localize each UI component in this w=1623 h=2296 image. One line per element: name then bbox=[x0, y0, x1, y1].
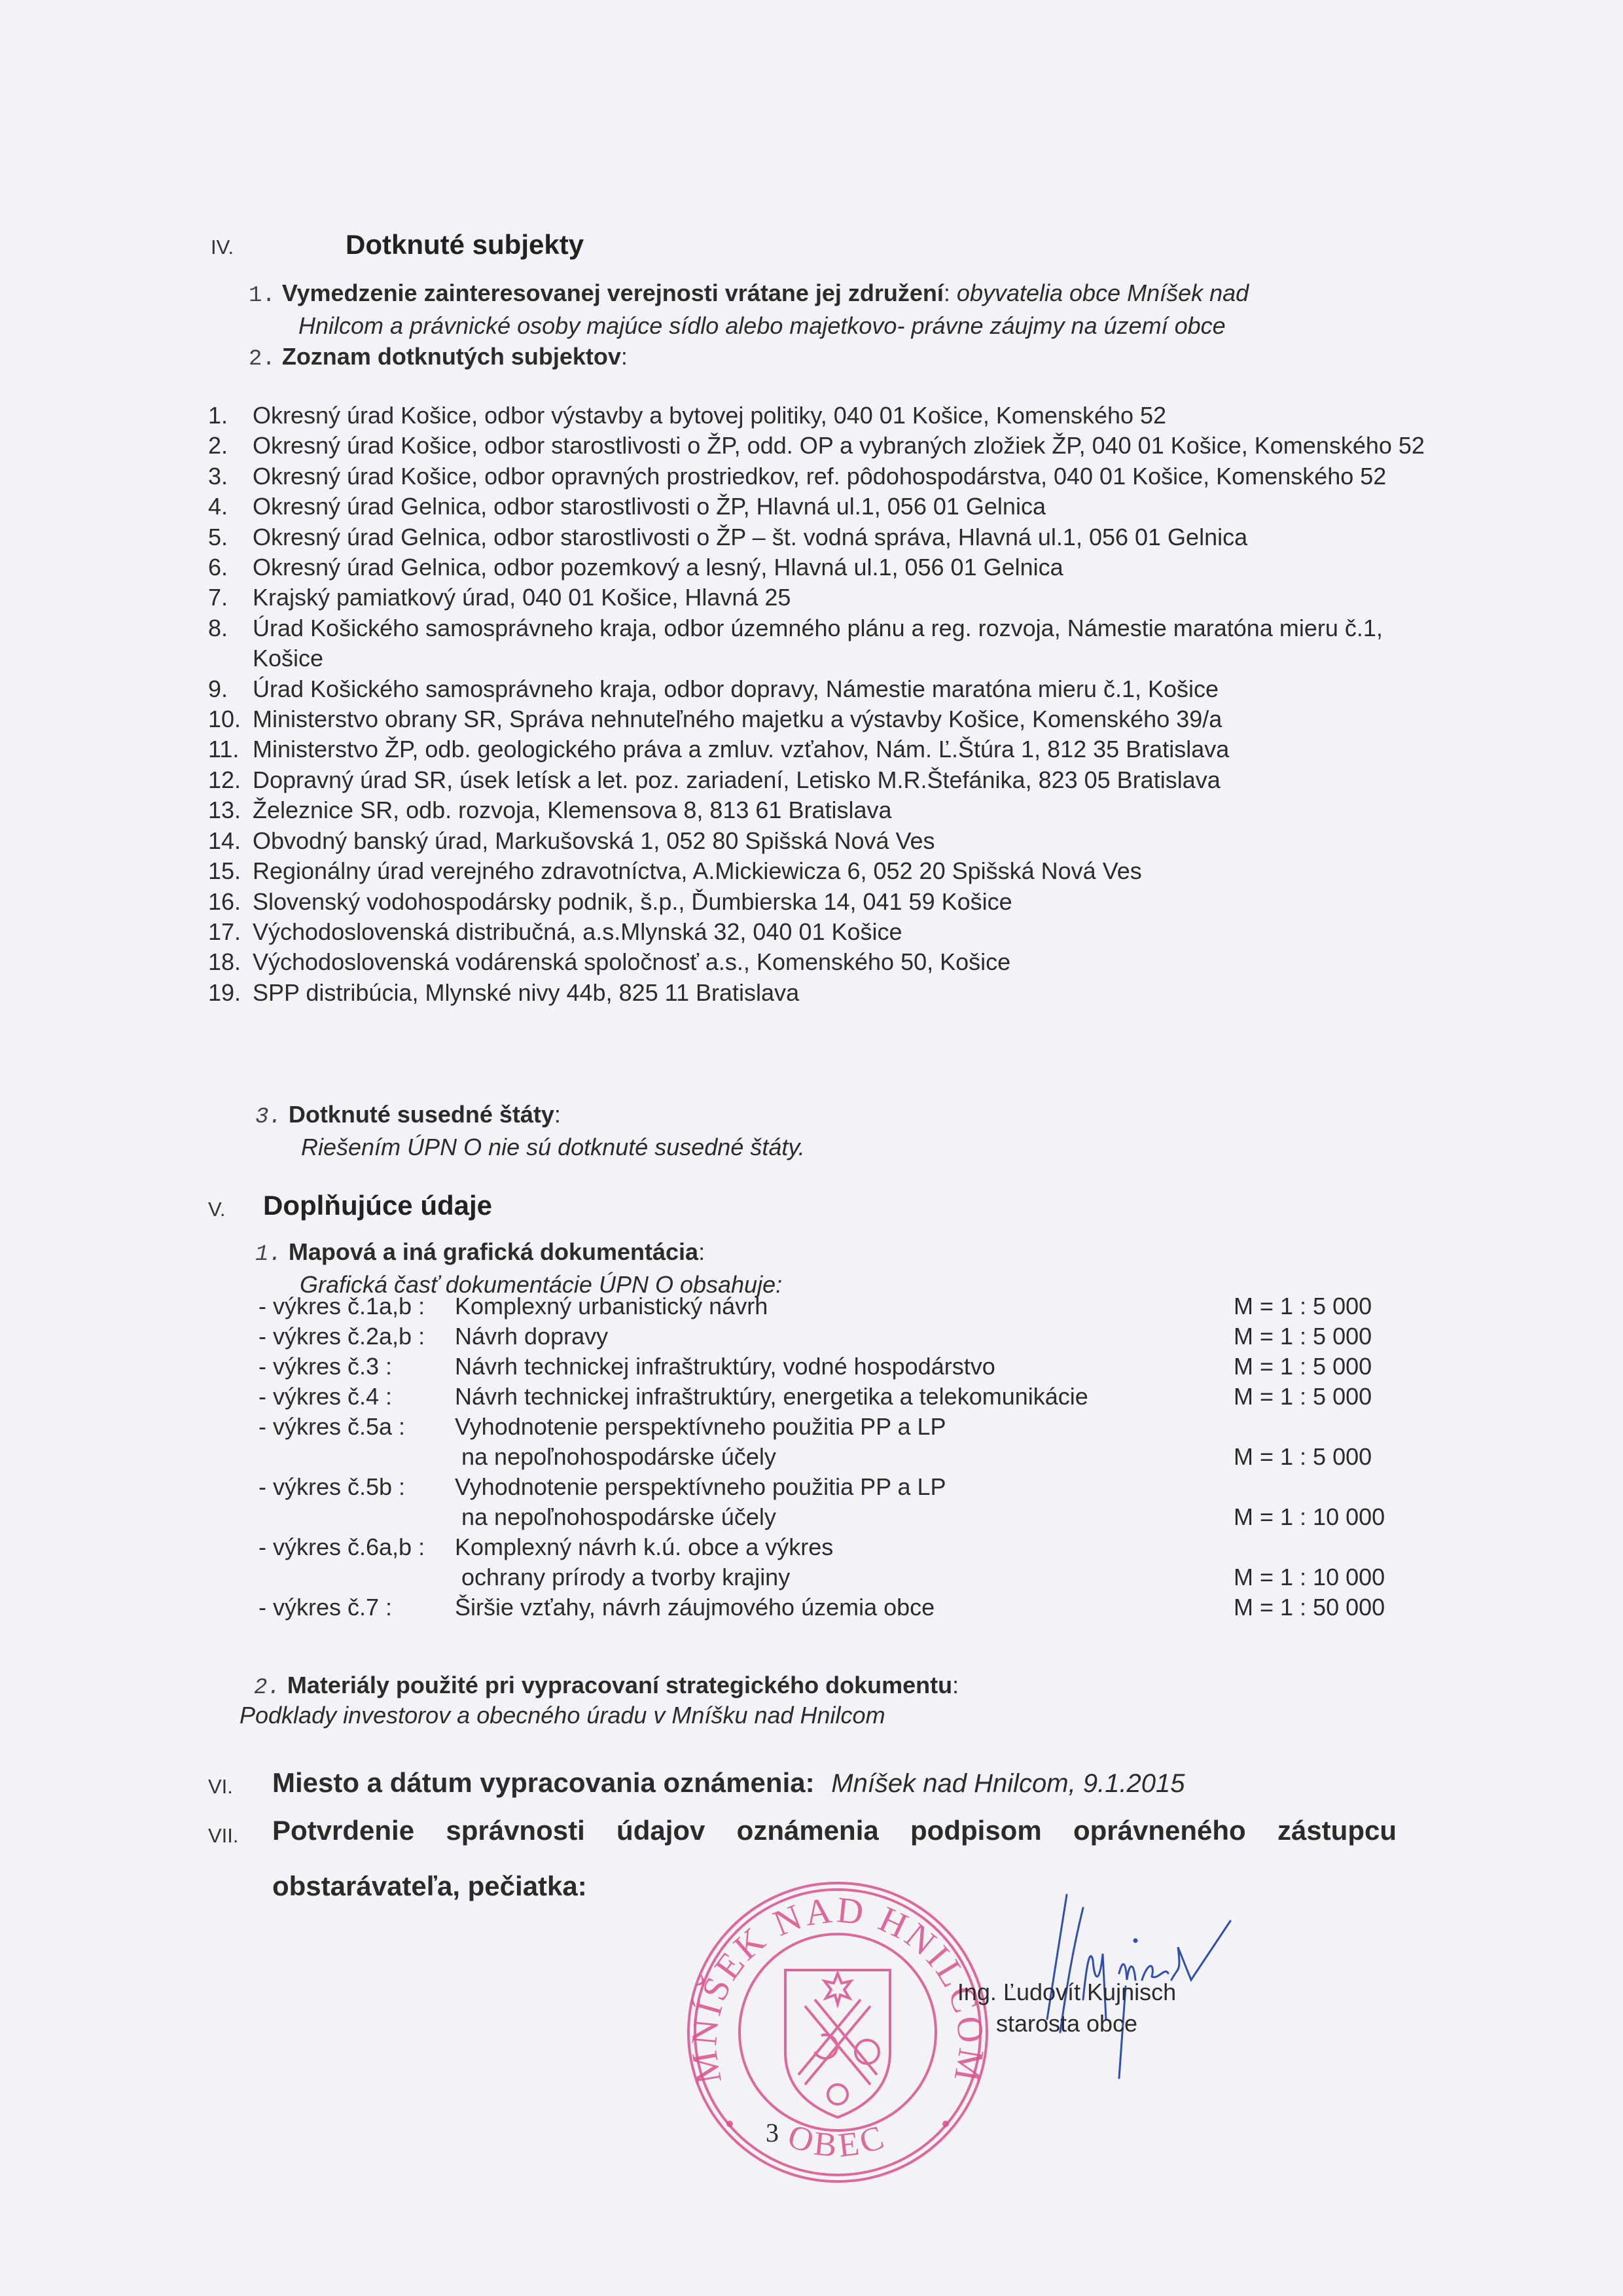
drawing-description-line: na nepoľnohospodárske účely bbox=[461, 1502, 1234, 1532]
drawing-description-line: na nepoľnohospodárske účely bbox=[461, 1442, 1234, 1472]
item-text: obyvatelia obce Mníšek nad bbox=[957, 279, 1249, 306]
subject-list-item: 18.Východoslovenská vodárenská spoločnos… bbox=[208, 947, 1438, 977]
drawing-label: - výkres č.5a : bbox=[259, 1412, 455, 1472]
subject-text: Okresný úrad Košice, odbor starostlivost… bbox=[253, 431, 1438, 461]
item-label: Zoznam dotknutých subjektov bbox=[282, 343, 621, 370]
subject-list-item: 17.Východoslovenská distribučná, a.s.Mly… bbox=[208, 917, 1438, 947]
drawing-description-line: Vyhodnotenie perspektívneho použitia PP … bbox=[455, 1472, 1234, 1502]
section-v-item-1: 1. Mapová a iná grafická dokumentácia: G… bbox=[255, 1237, 782, 1300]
subject-list-item: 9.Úrad Košického samosprávneho kraja, od… bbox=[208, 674, 1438, 704]
subject-text: Dopravný úrad SR, úsek letísk a let. poz… bbox=[253, 765, 1438, 795]
drawing-list-item: - výkres č.3 :Návrh technickej infraštru… bbox=[259, 1352, 1410, 1382]
subject-number: 17. bbox=[208, 917, 253, 947]
subject-list-item: 4.Okresný úrad Gelnica, odbor starostliv… bbox=[208, 492, 1438, 522]
item-text: Riešením ÚPN O nie sú dotknuté susedné š… bbox=[301, 1134, 805, 1160]
drawing-description: Návrh technickej infraštruktúry, energet… bbox=[455, 1382, 1234, 1412]
drawing-description-line: Návrh dopravy bbox=[455, 1321, 1234, 1352]
drawing-label: - výkres č.2a,b : bbox=[259, 1321, 455, 1352]
subject-text: Okresný úrad Gelnica, odbor pozemkový a … bbox=[253, 552, 1438, 583]
section-vii-label-line1: Potvrdenie správnosti údajov oznámenia p… bbox=[272, 1815, 1397, 1846]
subject-number: 14. bbox=[208, 826, 253, 856]
drawing-description-line: Návrh technickej infraštruktúry, energet… bbox=[455, 1382, 1234, 1412]
drawing-label: - výkres č.1a,b : bbox=[259, 1291, 455, 1321]
subject-text: Okresný úrad Košice, odbor opravných pro… bbox=[253, 461, 1438, 492]
drawing-scale: M = 1 : 5 000 bbox=[1234, 1352, 1410, 1382]
subject-list-item: 8.Úrad Košického samosprávneho kraja, od… bbox=[208, 613, 1438, 674]
svg-text:OBEC: OBEC bbox=[783, 2117, 892, 2164]
section-iv-number: IV. bbox=[211, 236, 234, 259]
item-number: 2. bbox=[249, 347, 276, 372]
subject-text: Ministerstvo ŽP, odb. geologického práva… bbox=[253, 734, 1438, 764]
subject-number: 4. bbox=[208, 492, 253, 522]
subject-list-item: 10.Ministerstvo obrany SR, Správa nehnut… bbox=[208, 704, 1438, 734]
drawing-label: - výkres č.4 : bbox=[259, 1382, 455, 1412]
drawing-list-item: - výkres č.7 :Širšie vzťahy, návrh záujm… bbox=[259, 1592, 1410, 1623]
subject-text: Krajský pamiatkový úrad, 040 01 Košice, … bbox=[253, 583, 1438, 613]
section-vi-number: VI. bbox=[208, 1775, 233, 1799]
drawing-list-item: - výkres č.2a,b :Návrh dopravyM = 1 : 5 … bbox=[259, 1321, 1410, 1352]
signatory-block: Ing. Ľudovít Kujnisch starosta obce bbox=[942, 1977, 1191, 2039]
section-v-item-2-text: Podklady investorov a obecného úradu v M… bbox=[240, 1700, 885, 1731]
subject-text: Okresný úrad Košice, odbor výstavby a by… bbox=[253, 401, 1438, 431]
section-v-title: Doplňujúce údaje bbox=[263, 1190, 492, 1221]
drawing-description: Návrh dopravy bbox=[455, 1321, 1234, 1352]
drawing-scale: M = 1 : 5 000 bbox=[1234, 1291, 1410, 1321]
subject-number: 18. bbox=[208, 947, 253, 977]
subject-list-item: 11.Ministerstvo ŽP, odb. geologického pr… bbox=[208, 734, 1438, 764]
subject-number: 2. bbox=[208, 431, 253, 461]
item-label: Mapová a iná grafická dokumentácia bbox=[289, 1238, 698, 1265]
subject-number: 10. bbox=[208, 704, 253, 734]
colon: : bbox=[944, 279, 950, 306]
drawing-label: - výkres č.5b : bbox=[259, 1472, 455, 1532]
page-number: 3 bbox=[766, 2117, 779, 2148]
subject-text: Ministerstvo obrany SR, Správa nehnuteľn… bbox=[253, 704, 1438, 734]
drawing-label: - výkres č.6a,b : bbox=[259, 1532, 455, 1592]
subject-list-item: 2.Okresný úrad Košice, odbor starostlivo… bbox=[208, 431, 1438, 461]
drawing-description-line: Návrh technickej infraštruktúry, vodné h… bbox=[455, 1352, 1234, 1382]
drawing-description-line: Komplexný urbanistický návrh bbox=[455, 1291, 1234, 1321]
section-v-item-2: 2. Materiály použité pri vypracovaní str… bbox=[254, 1670, 959, 1703]
item-label: Dotknuté susedné štáty bbox=[289, 1101, 554, 1128]
drawing-scale: M = 1 : 5 000 bbox=[1234, 1442, 1410, 1472]
section-iv-item-3: 3. Dotknuté susedné štáty: Riešením ÚPN … bbox=[255, 1100, 805, 1162]
drawing-list-item: - výkres č.5a :Vyhodnotenie perspektívne… bbox=[259, 1412, 1410, 1472]
signatory-role: starosta obce bbox=[942, 2008, 1191, 2039]
subject-list-item: 14.Obvodný banský úrad, Markušovská 1, 0… bbox=[208, 826, 1438, 856]
subject-list-item: 7.Krajský pamiatkový úrad, 040 01 Košice… bbox=[208, 583, 1438, 613]
item-number: 3. bbox=[255, 1105, 282, 1130]
drawing-description-line: Vyhodnotenie perspektívneho použitia PP … bbox=[455, 1412, 1234, 1442]
drawing-label: - výkres č.7 : bbox=[259, 1592, 455, 1623]
drawing-description-line: Komplexný návrh k.ú. obce a výkres bbox=[455, 1532, 1234, 1562]
colon: : bbox=[554, 1101, 561, 1128]
item-number: 1. bbox=[249, 283, 276, 308]
colon: : bbox=[952, 1672, 959, 1698]
subject-number: 1. bbox=[208, 401, 253, 431]
subject-text: Východoslovenská distribučná, a.s.Mlynsk… bbox=[253, 917, 1438, 947]
subject-number: 16. bbox=[208, 887, 253, 917]
subject-number: 15. bbox=[208, 856, 253, 886]
drawing-list-item: - výkres č.6a,b :Komplexný návrh k.ú. ob… bbox=[259, 1532, 1410, 1592]
drawing-list-item: - výkres č.5b :Vyhodnotenie perspektívne… bbox=[259, 1472, 1410, 1532]
item-label: Materiály použité pri vypracovaní strate… bbox=[287, 1672, 952, 1698]
subject-text: Východoslovenská vodárenská spoločnosť a… bbox=[253, 947, 1438, 977]
subject-number: 19. bbox=[208, 978, 253, 1008]
drawing-description: Vyhodnotenie perspektívneho použitia PP … bbox=[455, 1412, 1234, 1472]
subject-number: 12. bbox=[208, 765, 253, 795]
colon: : bbox=[621, 343, 628, 370]
subject-list-item: 5.Okresný úrad Gelnica, odbor starostliv… bbox=[208, 522, 1438, 552]
subject-number: 8. bbox=[208, 613, 253, 674]
subject-number: 7. bbox=[208, 583, 253, 613]
subject-list-item: 3.Okresný úrad Košice, odbor opravných p… bbox=[208, 461, 1438, 492]
drawing-description: Vyhodnotenie perspektívneho použitia PP … bbox=[455, 1472, 1234, 1532]
drawing-description-line: ochrany prírody a tvorby krajiny bbox=[461, 1562, 1234, 1592]
section-vi-value: Mníšek nad Hnilcom, 9.1.2015 bbox=[831, 1769, 1185, 1798]
drawing-label: - výkres č.3 : bbox=[259, 1352, 455, 1382]
item-text-cont: Hnilcom a právnické osoby majúce sídlo a… bbox=[298, 312, 1226, 339]
subject-list-item: 19.SPP distribúcia, Mlynské nivy 44b, 82… bbox=[208, 978, 1438, 1008]
subject-list-item: 13.Železnice SR, odb. rozvoja, Klemensov… bbox=[208, 795, 1438, 825]
drawing-scale: M = 1 : 5 000 bbox=[1234, 1382, 1410, 1412]
section-vi: Miesto a dátum vypracovania oznámenia: M… bbox=[272, 1767, 1185, 1799]
subject-list-item: 15.Regionálny úrad verejného zdravotníct… bbox=[208, 856, 1438, 886]
subject-text: Železnice SR, odb. rozvoja, Klemensova 8… bbox=[253, 795, 1438, 825]
section-iv-item-2: 2. Zoznam dotknutých subjektov: bbox=[249, 342, 628, 374]
subject-text: Okresný úrad Gelnica, odbor starostlivos… bbox=[253, 492, 1438, 522]
subject-text: Úrad Košického samosprávneho kraja, odbo… bbox=[253, 613, 1438, 674]
drawing-description: Širšie vzťahy, návrh záujmového územia o… bbox=[455, 1592, 1234, 1623]
drawing-description-line: Širšie vzťahy, návrh záujmového územia o… bbox=[455, 1592, 1234, 1623]
subject-list-item: 12.Dopravný úrad SR, úsek letísk a let. … bbox=[208, 765, 1438, 795]
item-number: 2. bbox=[254, 1676, 281, 1700]
subject-number: 3. bbox=[208, 461, 253, 492]
subject-number: 11. bbox=[208, 734, 253, 764]
colon: : bbox=[698, 1238, 705, 1265]
section-vii-number: VII. bbox=[208, 1824, 239, 1848]
subject-number: 13. bbox=[208, 795, 253, 825]
drawing-list-item: - výkres č.1a,b :Komplexný urbanistický … bbox=[259, 1291, 1410, 1321]
subject-text: Slovenský vodohospodársky podnik, š.p., … bbox=[253, 887, 1438, 917]
drawing-scale: M = 1 : 10 000 bbox=[1234, 1562, 1410, 1592]
subject-number: 5. bbox=[208, 522, 253, 552]
subject-list-item: 6.Okresný úrad Gelnica, odbor pozemkový … bbox=[208, 552, 1438, 583]
drawing-description: Komplexný návrh k.ú. obce a výkresochran… bbox=[455, 1532, 1234, 1592]
section-iv-title: Dotknuté subjekty bbox=[346, 229, 584, 260]
signatory-name: Ing. Ľudovít Kujnisch bbox=[942, 1977, 1191, 2008]
section-iv-item-1: 1. Vymedzenie zainteresovanej verejnosti… bbox=[249, 278, 1427, 341]
drawings-list: - výkres č.1a,b :Komplexný urbanistický … bbox=[259, 1291, 1410, 1623]
subject-text: Okresný úrad Gelnica, odbor starostlivos… bbox=[253, 522, 1438, 552]
section-vi-label: Miesto a dátum vypracovania oznámenia: bbox=[272, 1767, 815, 1798]
section-vii-label-line2: obstarávateľa, pečiatka: bbox=[272, 1871, 587, 1902]
subject-text: Úrad Košického samosprávneho kraja, odbo… bbox=[253, 674, 1438, 704]
drawing-scale: M = 1 : 50 000 bbox=[1234, 1592, 1410, 1623]
item-label: Vymedzenie zainteresovanej verejnosti vr… bbox=[282, 279, 944, 306]
drawing-scale: M = 1 : 5 000 bbox=[1234, 1321, 1410, 1352]
section-v-number: V. bbox=[208, 1198, 225, 1221]
subject-text: Obvodný banský úrad, Markušovská 1, 052 … bbox=[253, 826, 1438, 856]
drawing-description: Návrh technickej infraštruktúry, vodné h… bbox=[455, 1352, 1234, 1382]
subjects-list: 1.Okresný úrad Košice, odbor výstavby a … bbox=[208, 401, 1438, 1008]
subject-list-item: 16.Slovenský vodohospodársky podnik, š.p… bbox=[208, 887, 1438, 917]
drawing-list-item: - výkres č.4 :Návrh technickej infraštru… bbox=[259, 1382, 1410, 1412]
star-icon bbox=[825, 1973, 851, 2004]
item-number: 1. bbox=[255, 1242, 282, 1267]
subject-text: SPP distribúcia, Mlynské nivy 44b, 825 1… bbox=[253, 978, 1438, 1008]
drawing-description: Komplexný urbanistický návrh bbox=[455, 1291, 1234, 1321]
subject-number: 9. bbox=[208, 674, 253, 704]
subject-text: Regionálny úrad verejného zdravotníctva,… bbox=[253, 856, 1438, 886]
subject-number: 6. bbox=[208, 552, 253, 583]
subject-list-item: 1.Okresný úrad Košice, odbor výstavby a … bbox=[208, 401, 1438, 431]
drawing-scale: M = 1 : 10 000 bbox=[1234, 1502, 1410, 1532]
